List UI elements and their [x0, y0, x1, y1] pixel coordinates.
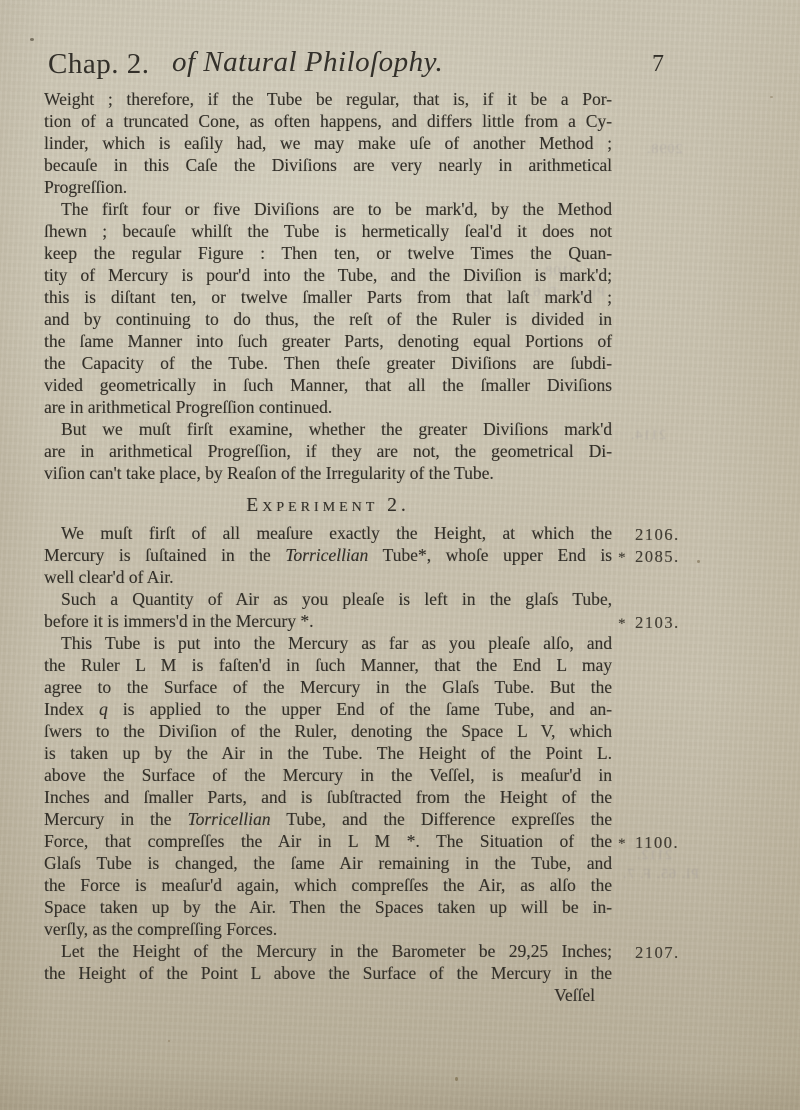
- text-line: Mercury is ſuſtained in the Torricellian…: [44, 544, 612, 566]
- text-line: the ſame Manner into ſuch greater Parts,…: [44, 330, 612, 352]
- text-line: well clear'd of Air.: [44, 566, 612, 588]
- text-line: the Height of the Point L above the Surf…: [44, 962, 612, 984]
- body-text: ſhewn ; becauſe whilſt the Tube is herme…: [44, 221, 612, 241]
- text-line: becauſe in this Caſe the Diviſions are v…: [44, 154, 612, 176]
- text-line: Index q is applied to the upper End of t…: [44, 698, 612, 720]
- text-line: before it is immers'd in the Mercury *.*…: [44, 610, 612, 632]
- reference-number: 2106.: [635, 525, 680, 544]
- body-text: this is diſtant ten, or twelve ſmaller P…: [44, 287, 612, 307]
- body-text: But we muſt firſt examine, whether the g…: [61, 419, 612, 439]
- body-text: agree to the Surface of the Mercury in t…: [44, 677, 612, 697]
- body-text: verſly, as the compreſſing Forces.: [44, 919, 277, 939]
- text-line: We muſt firſt of all meaſure exactly the…: [44, 522, 612, 544]
- body-text: Weight ; therefore, if the Tube be regul…: [44, 89, 612, 109]
- page-number: 7: [652, 51, 664, 78]
- text-line: linder, which is eaſily had, we may make…: [44, 132, 612, 154]
- margin-reference: 2106.: [618, 524, 768, 546]
- body-text: becauſe in this Caſe the Diviſions are v…: [44, 155, 612, 175]
- body-text: vided geometrically in ſuch Manner, that…: [44, 375, 612, 395]
- text-line: verſly, as the compreſſing Forces.: [44, 918, 612, 940]
- chapter-label: Chap. 2.: [48, 48, 149, 81]
- italic-text: q: [99, 699, 108, 719]
- text-line: Weight ; therefore, if the Tube be regul…: [44, 88, 612, 110]
- text-line: This Tube is put into the Mercury as far…: [44, 632, 612, 654]
- text-line: Force, that compreſſes the Air in L M *.…: [44, 830, 612, 852]
- text-line: the Capacity of the Tube. Then theſe gre…: [44, 352, 612, 374]
- body-text: Mercury is ſuſtained in the: [44, 545, 285, 565]
- text-line: the Force is meaſur'd again, which compr…: [44, 874, 612, 896]
- text-line: tion of a truncated Cone, as often happe…: [44, 110, 612, 132]
- paper-speck: [168, 1040, 170, 1042]
- reference-number: 2107.: [635, 943, 680, 962]
- body-text: is taken up by the Air in the Tube. The …: [44, 743, 612, 763]
- text-line: But we muſt firſt examine, whether the g…: [44, 418, 612, 440]
- body-text: the Height of the Point L above the Surf…: [44, 963, 612, 983]
- body-text: The firſt four or five Diviſions are to …: [61, 199, 612, 219]
- showthrough-text: 2114.: [630, 428, 666, 444]
- text-line: viſion can't take place, by Reaſon of th…: [44, 462, 612, 484]
- text-line: Progreſſion.: [44, 176, 612, 198]
- text-line: are in arithmetical Progreſſion, if they…: [44, 440, 612, 462]
- reference-number: 2085.: [635, 547, 680, 566]
- body-text: well clear'd of Air.: [44, 567, 174, 587]
- page-header: Chap. 2. of Natural Philoſophy. 7: [0, 0, 800, 90]
- text-line: the Ruler L M is faſten'd in ſuch Manner…: [44, 654, 612, 676]
- text-line: Let the Height of the Mercury in the Bar…: [44, 940, 612, 962]
- text-line: keep the regular Figure : Then ten, or t…: [44, 242, 612, 264]
- body-text: the ſame Manner into ſuch greater Parts,…: [44, 331, 612, 351]
- body-text: Tube*, whoſe upper End is: [368, 545, 612, 565]
- body-text: Veſſel: [554, 985, 595, 1005]
- book-page-scan: Chap. 2. of Natural Philoſophy. 7 Weight…: [0, 0, 800, 1110]
- showthrough-text: Pl. 65. F. 7.: [622, 867, 699, 883]
- body-text: Force, that compreſſes the Air in L M *.…: [44, 831, 612, 851]
- body-text: are in arithmetical Progreſſion, if they…: [44, 441, 612, 461]
- body-text: viſion can't take place, by Reaſon of th…: [44, 463, 494, 483]
- text-line: are in arithmetical Progreſſion continue…: [44, 396, 612, 418]
- catchword: Veſſel: [44, 984, 612, 1006]
- body-text: Progreſſion.: [44, 177, 127, 197]
- italic-text: Torricellian: [187, 809, 270, 829]
- body-text: Inches and ſmaller Parts, and is ſubſtra…: [44, 787, 612, 807]
- margin-reference: *1100.: [618, 832, 768, 855]
- body-text: Let the Height of the Mercury in the Bar…: [61, 941, 612, 961]
- body-text: Space taken up by the Air. Then the Spac…: [44, 897, 612, 917]
- body-text: keep the regular Figure : Then ten, or t…: [44, 243, 612, 263]
- text-line: tity of Mercury is pour'd into the Tube,…: [44, 264, 612, 286]
- body-text: Glaſs Tube is changed, the ſame Air rema…: [44, 853, 612, 873]
- body-text: linder, which is eaſily had, we may make…: [44, 133, 612, 153]
- body-text: Index: [44, 699, 99, 719]
- body-text: is applied to the upper End of the ſame …: [108, 699, 612, 719]
- text-line: vided geometrically in ſuch Manner, that…: [44, 374, 612, 396]
- text-line: Mercury in the Torricellian Tube, and th…: [44, 808, 612, 830]
- body-text: We muſt firſt of all meaſure exactly the…: [61, 523, 612, 543]
- reference-asterisk: *: [618, 613, 635, 635]
- body-text: Such a Quantity of Air as you pleaſe is …: [61, 589, 612, 609]
- body-text: tion of a truncated Cone, as often happe…: [44, 111, 612, 131]
- body-text: the Capacity of the Tube. Then theſe gre…: [44, 353, 612, 373]
- body-text: Tube, and the Difference expreſſes the: [270, 809, 612, 829]
- text-line: and by continuing to do thus, the reſt o…: [44, 308, 612, 330]
- text-line: ſhewn ; becauſe whilſt the Tube is herme…: [44, 220, 612, 242]
- margin-reference: *2103.: [618, 612, 768, 635]
- paper-speck: [770, 96, 773, 98]
- text-line: this is diſtant ten, or twelve ſmaller P…: [44, 286, 612, 308]
- text-block: Weight ; therefore, if the Tube be regul…: [44, 88, 612, 1006]
- text-line: above the Surface of the Mercury in the …: [44, 764, 612, 786]
- body-text: before it is immers'd in the Mercury *.: [44, 611, 313, 631]
- body-text: ſwers to the Diviſion of the Ruler, deno…: [44, 721, 612, 741]
- reference-number: 2103.: [635, 613, 680, 632]
- body-text: are in arithmetical Progreſſion continue…: [44, 397, 332, 417]
- text-line: agree to the Surface of the Mercury in t…: [44, 676, 612, 698]
- text-line: Glaſs Tube is changed, the ſame Air rema…: [44, 852, 612, 874]
- body-text: and by continuing to do thus, the reſt o…: [44, 309, 612, 329]
- reference-asterisk: *: [618, 833, 635, 855]
- text-line: The firſt four or five Diviſions are to …: [44, 198, 612, 220]
- italic-text: Torricellian: [285, 545, 368, 565]
- body-text: tity of Mercury is pour'd into the Tube,…: [44, 265, 612, 285]
- text-line: is taken up by the Air in the Tube. The …: [44, 742, 612, 764]
- reference-asterisk: *: [618, 547, 635, 569]
- section-heading: Experiment 2.: [44, 495, 612, 517]
- body-text: This Tube is put into the Mercury as far…: [61, 633, 612, 653]
- running-title: of Natural Philoſophy.: [172, 46, 443, 79]
- text-line: ſwers to the Diviſion of the Ruler, deno…: [44, 720, 612, 742]
- paper-speck: [455, 1077, 458, 1081]
- margin-reference: 2107.: [618, 942, 768, 964]
- text-line: Such a Quantity of Air as you pleaſe is …: [44, 588, 612, 610]
- body-text: the Force is meaſur'd again, which compr…: [44, 875, 612, 895]
- showthrough-text: 2098.: [646, 142, 683, 158]
- reference-number: 1100.: [635, 833, 679, 852]
- text-line: Inches and ſmaller Parts, and is ſubſtra…: [44, 786, 612, 808]
- text-line: Space taken up by the Air. Then the Spac…: [44, 896, 612, 918]
- body-text: the Ruler L M is faſten'd in ſuch Manner…: [44, 655, 612, 675]
- body-text: Mercury in the: [44, 809, 187, 829]
- margin-reference: *2085.: [618, 546, 768, 569]
- body-text: above the Surface of the Mercury in the …: [44, 765, 612, 785]
